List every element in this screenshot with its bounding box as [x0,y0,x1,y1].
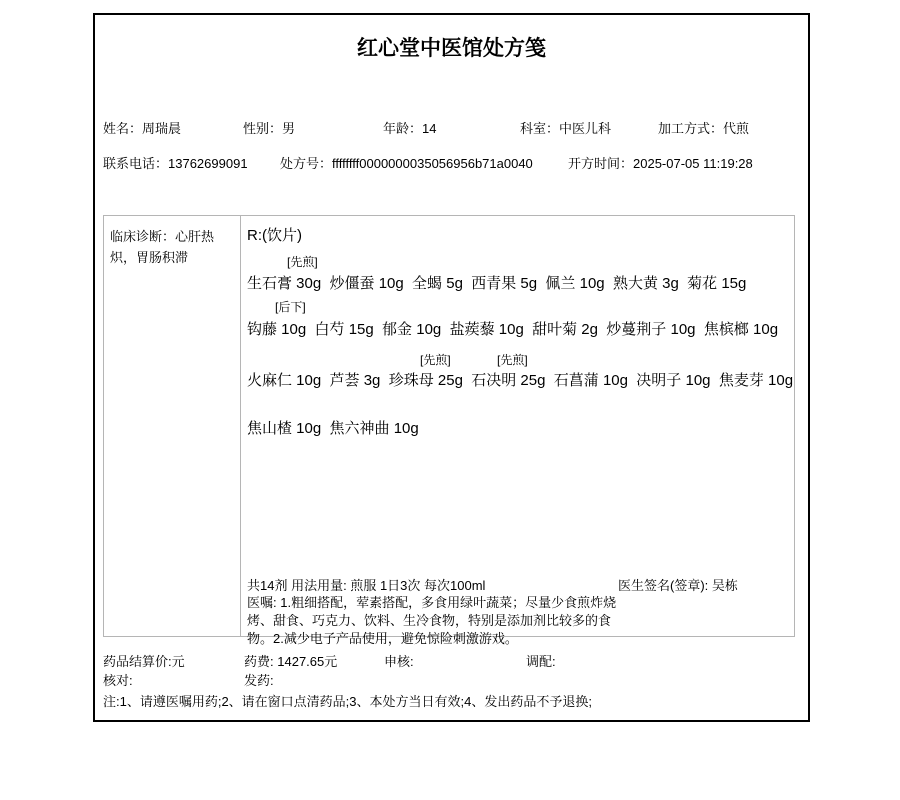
rx-header: R:(饮片) [247,227,302,245]
contact-phone-value: 13762699091 [168,156,248,171]
check-field: 核对: [103,673,133,689]
department-value: 中医儿科 [559,121,611,136]
patient-age-field: 年龄：14 [383,121,436,137]
herb-line-2: 钩藤 10g 白芍 15g 郁金 10g 盐蒺藜 10g 甜叶菊 2g 炒蔓荆子… [247,321,778,339]
processing-method-label: 加工方式： [658,121,723,136]
usage-line: 共14剂 用法用量: 煎服 1日3次 每次100ml [247,578,485,594]
medicine-fee-value: 1427.65元 [277,654,337,669]
usage-value: 煎服 1日3次 每次100ml [350,578,485,593]
medicine-fee-field: 药费: 1427.65元 [244,654,337,670]
prescription-number-field: 处方号：ffffffff0000000035056956b71a0040 [280,156,533,172]
herb-line-3: 火麻仁 10g 芦荟 3g 珍珠母 25g 石决明 25g 石菖蒲 10g 决明… [247,372,793,390]
doctor-signature: 医生签名(签章): 吴栋 [618,578,738,594]
decoct-first-marker-2: [先煎] [420,353,451,367]
patient-name-label: 姓名： [103,121,142,136]
issue-time-field: 开方时间：2025-07-05 11:19:28 [568,156,753,172]
department-label: 科室： [520,121,559,136]
medicine-fee-label: 药费: [244,654,274,669]
review-field: 申核: [384,654,414,670]
clinical-diagnosis: 临床诊断：心肝热炽，胃肠积滞 [110,226,226,268]
patient-gender-field: 性别：男 [243,121,295,137]
doctor-signature-value: 吴栋 [712,578,738,593]
herb-line-4: 焦山楂 10g 焦六神曲 10g [247,420,419,438]
patient-gender-value: 男 [282,121,295,136]
medical-advice: 医嘱: 1.粗细搭配，荤素搭配，多食用绿叶蔬菜；尽量少食煎炸烧烤、甜食、巧克力、… [247,594,617,648]
decoct-later-marker: [后下] [275,300,306,314]
footer-note: 注:1、请遵医嘱用药;2、请在窗口点清药品;3、本处方当日有效;4、发出药品不予… [103,694,592,710]
prescription-number-value: ffffffff0000000035056956b71a0040 [332,156,533,171]
patient-age-label: 年龄： [383,121,422,136]
decoct-first-marker-1: [先煎] [287,255,318,269]
contact-phone-field: 联系电话：13762699091 [103,156,248,172]
diagnosis-prescription-divider [240,215,241,637]
issue-time-label: 开方时间： [568,156,633,171]
herb-line-1: 生石膏 30g 炒僵蚕 10g 全蝎 5g 西青果 5g 佩兰 10g 熟大黄 … [247,275,746,293]
patient-name-field: 姓名：周瑞晨 [103,121,181,137]
processing-method-value: 代煎 [723,121,749,136]
clinic-prescription-title: 红心堂中医馆处方笺 [93,32,810,62]
patient-age-value: 14 [422,121,436,136]
decoct-first-marker-3: [先煎] [497,353,528,367]
processing-method-field: 加工方式：代煎 [658,121,749,137]
department-field: 科室：中医儿科 [520,121,611,137]
issue-time-value: 2025-07-05 11:19:28 [633,156,753,171]
patient-name-value: 周瑞晨 [142,121,181,136]
clinical-diagnosis-label: 临床诊断： [110,229,175,244]
usage-label: 用法用量: [291,578,347,593]
doctor-signature-label: 医生签名(签章): [618,578,708,593]
dose-count: 共14剂 [247,578,287,593]
dispense-field: 调配: [526,654,556,670]
settle-price-field: 药品结算价:元 [103,654,185,670]
patient-gender-label: 性别： [243,121,282,136]
issue-medicine-field: 发药: [244,673,274,689]
contact-phone-label: 联系电话： [103,156,168,171]
prescription-number-label: 处方号： [280,156,332,171]
